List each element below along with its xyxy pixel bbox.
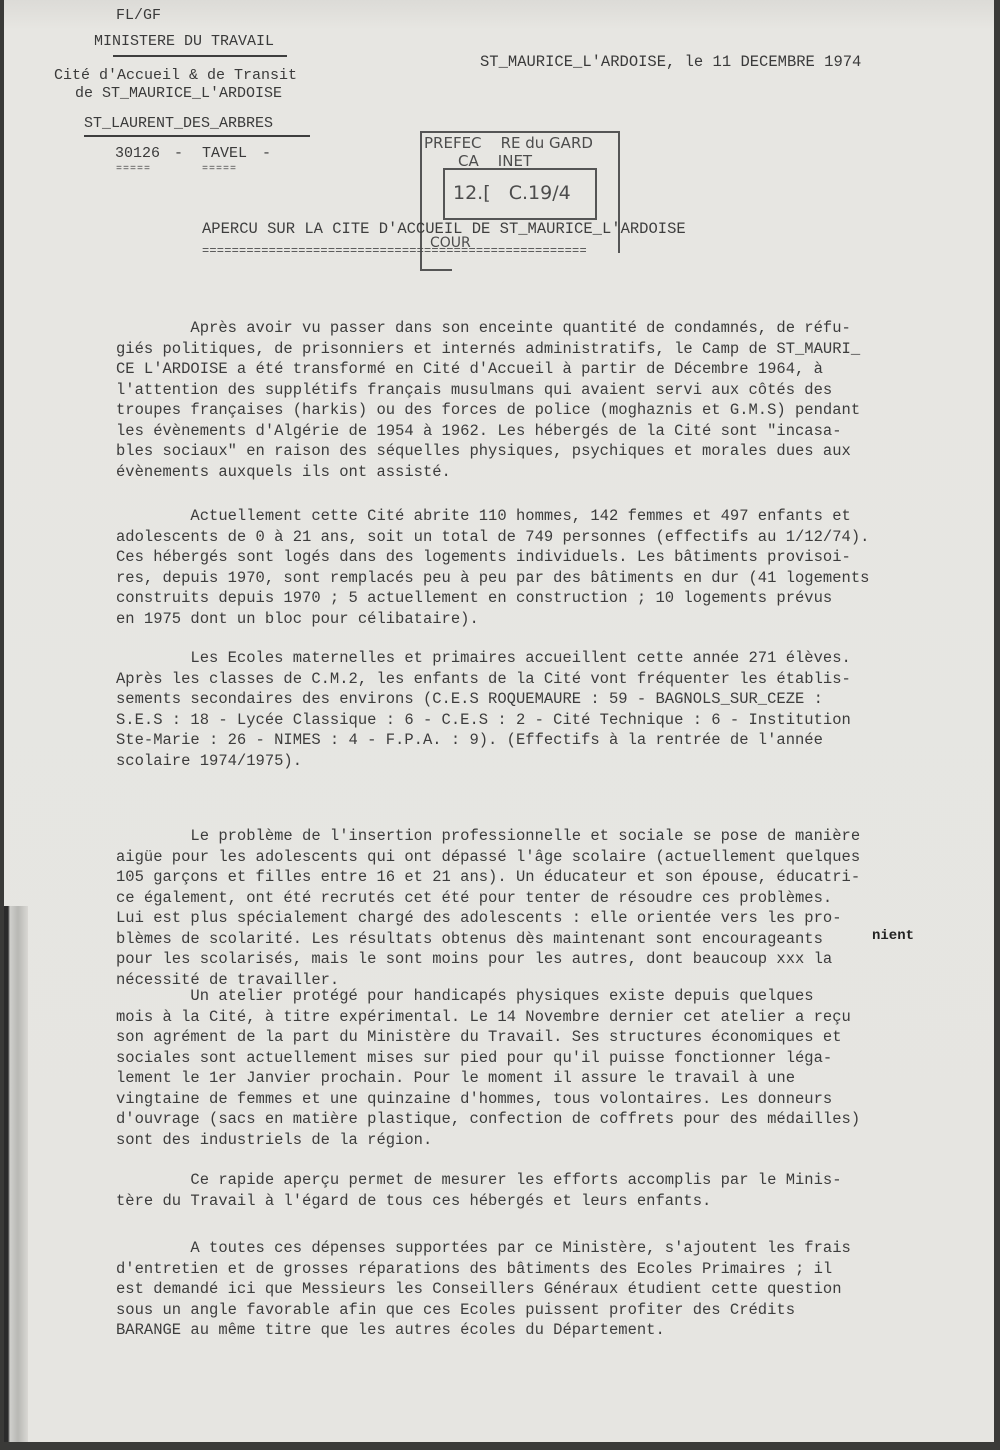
city-underline: ===== [202, 164, 237, 175]
document-title: APERCU SUR LA CITE D'ACCUEIL DE ST_MAURI… [202, 220, 686, 238]
place-and-date: ST_MAURICE_L'ARDOISE, le 11 DECEMBRE 197… [480, 52, 861, 72]
text-line: pour les scolarisés, mais le sont moins … [116, 949, 976, 970]
paragraph-workshop: Un atelier protégé pour handicapés physi… [116, 986, 976, 1150]
city-name: TAVEL [202, 144, 247, 164]
text-line: l'attention des supplétifs français musu… [116, 380, 976, 401]
text-line: Les Ecoles maternelles et primaires accu… [116, 648, 976, 669]
paragraph-history: Après avoir vu passer dans son enceinte … [116, 318, 976, 482]
stamp-line-1: PREFEC RE du GARD [424, 134, 593, 152]
text-line: évènements auxquels ils ont assisté. [116, 462, 976, 483]
text-line: Après les classes de C.M.2, les enfants … [116, 669, 976, 690]
text-line: Après avoir vu passer dans son enceinte … [116, 318, 976, 339]
text-line: adolescents de 0 à 21 ans, soit un total… [116, 527, 976, 548]
page-edge-shadow [4, 906, 28, 1442]
text-line: Ces hébergés sont logés dans des logemen… [116, 547, 976, 568]
postcode-underline: ===== [116, 164, 151, 175]
text-line: giés politiques, de prisonniers et inter… [116, 339, 976, 360]
text-line: res, depuis 1970, sont remplacés peu à p… [116, 568, 976, 589]
paragraph-schools: Les Ecoles maternelles et primaires accu… [116, 648, 976, 771]
paragraph-request: A toutes ces dépenses supportées par ce … [116, 1238, 976, 1341]
text-line: sociales sont actuellement mises sur pie… [116, 1048, 976, 1069]
text-line: vingtaine de femmes et une quinzaine d'h… [116, 1089, 976, 1110]
text-line: BARANGE au même titre que les autres éco… [116, 1320, 976, 1341]
text-line: sous un angle favorable afin que ces Eco… [116, 1300, 976, 1321]
title-underline: ========================================… [202, 244, 587, 258]
org-line-1: Cité d'Accueil & de Transit [54, 66, 297, 86]
text-line: scolaire 1974/1975). [116, 751, 976, 772]
city-separator: - [262, 144, 271, 164]
text-line: d'entretien et de grosses réparations de… [116, 1259, 976, 1280]
town-name: ST_LAURENT_DES_ARBRES [84, 114, 273, 134]
text-line: S.E.S : 18 - Lycée Classique : 6 - C.E.S… [116, 710, 976, 731]
text-line: tère du Travail à l'égard de tous ces hé… [116, 1191, 976, 1212]
ministry-underline [113, 55, 287, 57]
text-line: construits depuis 1970 ; 5 actuellement … [116, 588, 976, 609]
town-underline [84, 135, 310, 137]
text-line: blèmes de scolarité. Les résultats obten… [116, 929, 976, 950]
postcode-separator: - [174, 144, 183, 164]
org-line-2: de ST_MAURICE_L'ARDOISE [75, 84, 282, 104]
text-line: les évènements d'Algérie de 1954 à 1962.… [116, 421, 976, 442]
text-line: Un atelier protégé pour handicapés physi… [116, 986, 976, 1007]
text-line: mois à la Cité, à titre expérimental. Le… [116, 1007, 976, 1028]
text-line: est demandé ici que Messieurs les Consei… [116, 1279, 976, 1300]
text-line: aigüe pour les adolescents qui ont dépas… [116, 847, 976, 868]
text-line: Lui est plus spécialement chargé des ado… [116, 908, 976, 929]
text-line: sont des industriels de la région. [116, 1130, 976, 1151]
text-line: son agrément de la part du Ministère du … [116, 1027, 976, 1048]
stamp-line-2: CA INET [458, 152, 532, 170]
paragraph-insertion: Le problème de l'insertion professionnel… [116, 826, 976, 990]
text-line: sements secondaires des environs (C.E.S … [116, 689, 976, 710]
stamp-date: 12.[ C.19/4 [453, 182, 571, 204]
text-line: Actuellement cette Cité abrite 110 homme… [116, 506, 976, 527]
reference-code: FL/GF [116, 6, 161, 26]
text-line: en 1975 dont un bloc pour célibataire). [116, 609, 976, 630]
text-line: Le problème de l'insertion professionnel… [116, 826, 976, 847]
text-line: CE L'ARDOISE a été transformé en Cité d'… [116, 359, 976, 380]
text-line: troupes françaises (harkis) ou des force… [116, 400, 976, 421]
text-line: bles sociaux" en raison des séquelles ph… [116, 441, 976, 462]
text-line: A toutes ces dépenses supportées par ce … [116, 1238, 976, 1259]
text-line: Ce rapide aperçu permet de mesurer les e… [116, 1170, 976, 1191]
paragraph-summary: Ce rapide aperçu permet de mesurer les e… [116, 1170, 976, 1211]
text-line: d'ouvrage (sacs en matière plastique, co… [116, 1109, 976, 1130]
paragraph-population: Actuellement cette Cité abrite 110 homme… [116, 506, 976, 629]
ministry-name: MINISTERE DU TRAVAIL [94, 32, 274, 52]
text-line: Ste-Marie : 26 - NIMES : 4 - F.P.A. : 9)… [116, 730, 976, 751]
text-line: ce également, ont été recrutés cet été p… [116, 888, 976, 909]
postcode: 30126 [115, 144, 160, 164]
typed-correction-insert: nient [872, 928, 914, 944]
text-line: lement le 1er Janvier prochain. Pour le … [116, 1068, 976, 1089]
text-line: 105 garçons et filles entre 16 et 21 ans… [116, 867, 976, 888]
